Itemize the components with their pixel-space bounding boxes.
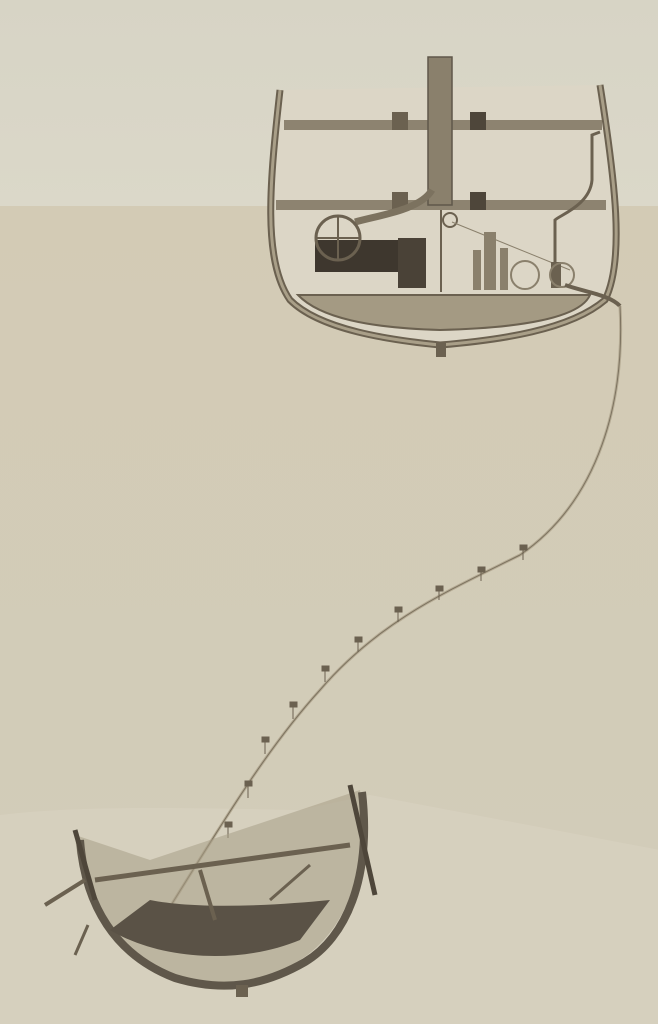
salvage-ship: [271, 57, 620, 357]
illustration-canvas: [0, 0, 658, 1024]
photograph: [0, 0, 658, 1024]
